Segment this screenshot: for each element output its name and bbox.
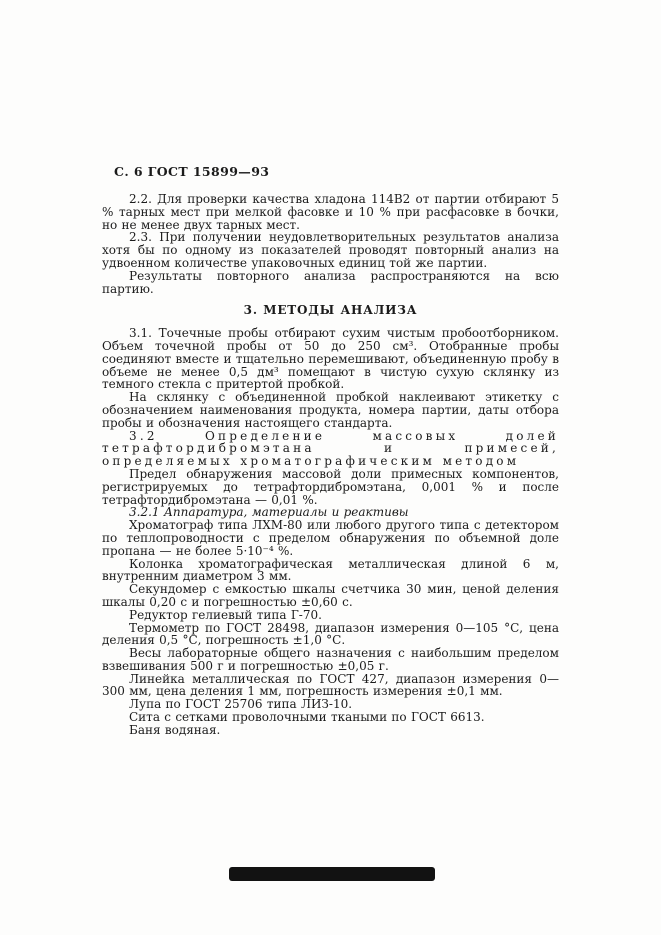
document-page: С. 6 ГОСТ 15899—93 2.2. Для проверки кач… — [0, 0, 661, 935]
paragraph: Сита с сетками проволочными ткаными по Г… — [102, 711, 559, 724]
page-header: С. 6 ГОСТ 15899—93 — [114, 164, 269, 179]
paragraph: Термометр по ГОСТ 28498, диапазон измере… — [102, 622, 559, 648]
section-heading: 3. МЕТОДЫ АНАЛИЗА — [102, 304, 559, 317]
paragraph: 3.1. Точечные пробы отбирают сухим чисты… — [102, 327, 559, 391]
paragraph: Секундомер с емкостью шкалы счетчика 30 … — [102, 583, 559, 609]
paragraph: Хроматограф типа ЛХМ-80 или любого друго… — [102, 519, 559, 557]
paragraph: На склянку с объединенной пробкой наклеи… — [102, 391, 559, 429]
paragraph: Редуктор гелиевый типа Г-70. — [102, 609, 559, 622]
paragraph: Результаты повторного анализа распростра… — [102, 270, 559, 296]
document-body: 2.2. Для проверки качества хладона 114В2… — [102, 193, 559, 737]
paragraph: Колонка хроматографическая металлическая… — [102, 558, 559, 584]
paragraph: 2.3. При получении неудовлетворительных … — [102, 231, 559, 269]
paragraph: 3.2 Определение массовых долей тетрафтор… — [102, 430, 559, 468]
paragraph: Предел обнаружения массовой доли примесн… — [102, 468, 559, 506]
paragraph: Весы лабораторные общего назначения с на… — [102, 647, 559, 673]
scan-artifact-bar — [229, 867, 435, 881]
paragraph: Линейка металлическая по ГОСТ 427, диапа… — [102, 673, 559, 699]
paragraph: 2.2. Для проверки качества хладона 114В2… — [102, 193, 559, 231]
paragraph: Баня водяная. — [102, 724, 559, 737]
